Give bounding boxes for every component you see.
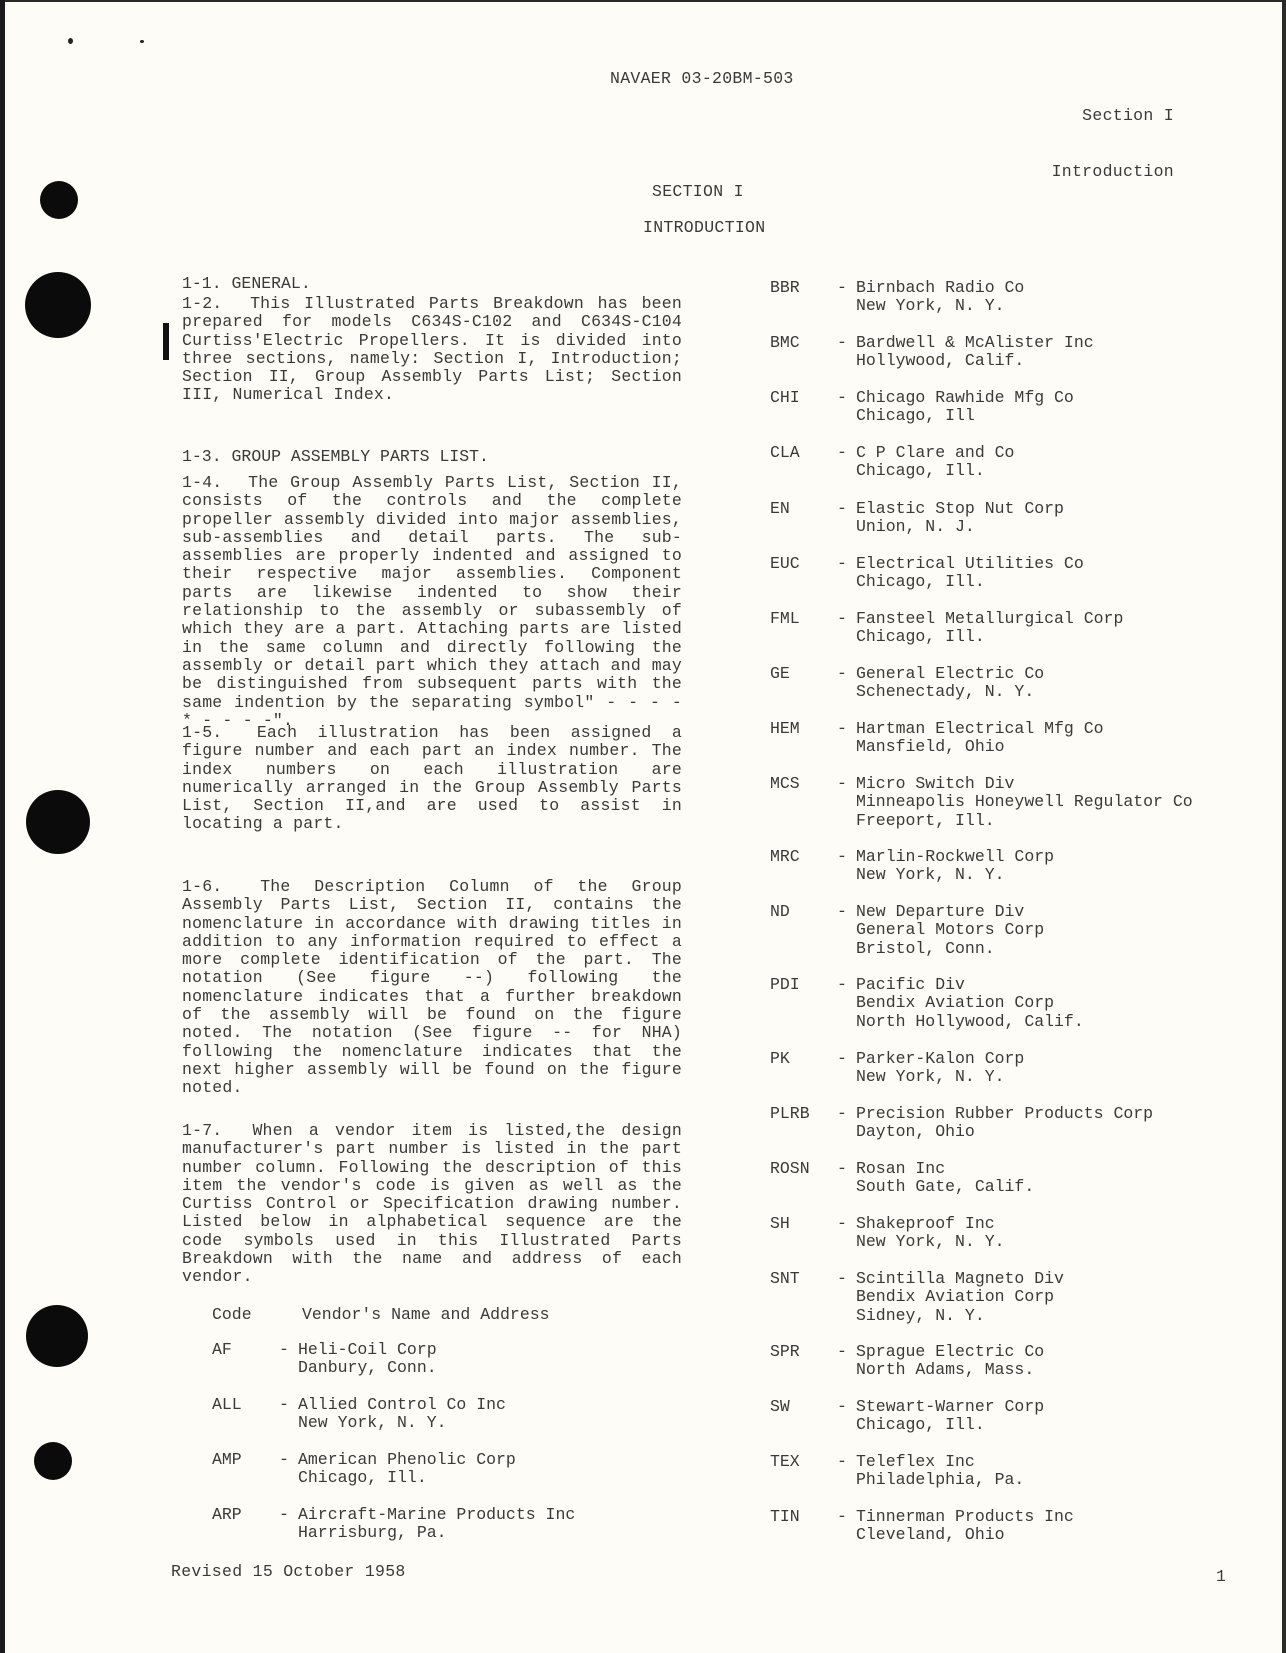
vendor-name: Sprague Electric Co	[856, 1343, 1044, 1361]
vendor-name: Teleflex Inc	[856, 1453, 1024, 1471]
paragraph: 1-2. This Illustrated Parts Breakdown ha…	[182, 295, 682, 405]
binder-hole-icon	[26, 1305, 88, 1367]
separator-dash: -	[837, 610, 847, 628]
paragraph: 1-6. The Description Column of the Group…	[182, 878, 682, 1098]
column-header-vendor: Vendor's Name and Address	[302, 1305, 550, 1324]
separator-dash: -	[837, 1508, 847, 1526]
vendor-name: Parker-Kalon Corp	[856, 1050, 1024, 1068]
vendor-name-address: General Electric CoSchenectady, N. Y.	[856, 665, 1044, 702]
vendor-name-address: Heli-Coil CorpDanbury, Conn.	[298, 1341, 437, 1378]
vendor-code: BBR	[770, 279, 800, 297]
vendor-address-line: North Adams, Mass.	[856, 1361, 1044, 1379]
section-subtitle: INTRODUCTION	[643, 219, 765, 238]
vendor-code: SPR	[770, 1343, 800, 1361]
vendor-name-address: Shakeproof IncNew York, N. Y.	[856, 1215, 1005, 1252]
vendor-name-address: Electrical Utilities CoChicago, Ill.	[856, 555, 1084, 592]
vendor-name: American Phenolic Corp	[298, 1451, 516, 1469]
vendor-name-address: Marlin-Rockwell CorpNew York, N. Y.	[856, 848, 1054, 885]
paragraph-text: GROUP ASSEMBLY PARTS LIST.	[232, 447, 489, 466]
vendor-address-line: Dayton, Ohio	[856, 1123, 1153, 1141]
vendor-name: Pacific Div	[856, 976, 1084, 994]
vendor-code: AF	[212, 1341, 232, 1359]
vendor-address-line: New York, N. Y.	[856, 1233, 1005, 1251]
vendor-name: Rosan Inc	[856, 1160, 1034, 1178]
vendor-name: Stewart-Warner Corp	[856, 1398, 1044, 1416]
vendor-code: ALL	[212, 1396, 242, 1414]
vendor-code: CLA	[770, 444, 800, 462]
vendor-address-line: Union, N. J.	[856, 518, 1064, 536]
separator-dash: -	[279, 1506, 289, 1524]
separator-dash: -	[837, 1270, 847, 1288]
paragraph-text: This Illustrated Parts Breakdown has bee…	[182, 294, 682, 404]
vendor-name-address: Precision Rubber Products CorpDayton, Oh…	[856, 1105, 1153, 1142]
paragraph: 1-5. Each illustration has been assigned…	[182, 724, 682, 834]
vendor-code: MRC	[770, 848, 800, 866]
vendor-address-line: New York, N. Y.	[856, 297, 1024, 315]
paragraph-text: The Description Column of the Group Asse…	[182, 877, 682, 1097]
paragraph-number: 1-1.	[182, 274, 222, 293]
vendor-address-line: Chicago, Ill.	[856, 1416, 1044, 1434]
vendor-name-address: Parker-Kalon CorpNew York, N. Y.	[856, 1050, 1024, 1087]
vendor-address-line: North Hollywood, Calif.	[856, 1013, 1084, 1031]
vendor-code: EUC	[770, 555, 800, 573]
vendor-name: Heli-Coil Corp	[298, 1341, 437, 1359]
paragraph-number: 1-7.	[182, 1121, 222, 1140]
vendor-code: PK	[770, 1050, 790, 1068]
vendor-code: HEM	[770, 720, 800, 738]
vendor-name-address: Micro Switch DivMinneapolis Honeywell Re…	[856, 775, 1193, 830]
separator-dash: -	[837, 555, 847, 573]
revision-date: Revised 15 October 1958	[171, 1563, 406, 1582]
separator-dash: -	[837, 444, 847, 462]
revision-change-bar	[163, 323, 169, 360]
vendor-name-address: Allied Control Co IncNew York, N. Y.	[298, 1396, 506, 1433]
separator-dash: -	[279, 1341, 289, 1359]
column-header-code: Code	[212, 1305, 302, 1324]
binder-hole-icon	[25, 272, 91, 338]
separator-dash: -	[837, 720, 847, 738]
vendor-code: SH	[770, 1215, 790, 1233]
separator-dash: -	[837, 1398, 847, 1416]
vendor-name-address: Aircraft-Marine Products IncHarrisburg, …	[298, 1506, 575, 1543]
vendor-name-address: Elastic Stop Nut CorpUnion, N. J.	[856, 500, 1064, 537]
separator-dash: -	[837, 1160, 847, 1178]
vendor-name-address: Chicago Rawhide Mfg CoChicago, Ill	[856, 389, 1074, 426]
vendor-address-line: Philadelphia, Pa.	[856, 1471, 1024, 1489]
section-name: Introduction	[1052, 163, 1174, 182]
vendor-address-line: Chicago, Ill	[856, 407, 1074, 425]
paragraph-text: Each illustration has been assigned a fi…	[182, 723, 682, 833]
separator-dash: -	[837, 903, 847, 921]
vendor-name: Allied Control Co Inc	[298, 1396, 506, 1414]
vendor-name: Birnbach Radio Co	[856, 279, 1024, 297]
binder-hole-icon	[26, 790, 90, 854]
separator-dash: -	[837, 665, 847, 683]
vendor-address-line: Bendix Aviation Corp	[856, 1288, 1064, 1306]
vendor-name: Aircraft-Marine Products Inc	[298, 1506, 575, 1524]
vendor-name-address: Scintilla Magneto DivBendix Aviation Cor…	[856, 1270, 1064, 1325]
ink-speck	[68, 38, 73, 44]
vendor-address-line: Freeport, Ill.	[856, 812, 1193, 830]
vendor-name: Tinnerman Products Inc	[856, 1508, 1074, 1526]
paragraph-heading: 1-1. GENERAL.	[182, 275, 682, 293]
document-number: NAVAER 03-20BM-503	[610, 70, 794, 89]
page-number: 1	[1216, 1568, 1226, 1587]
separator-dash: -	[279, 1451, 289, 1469]
vendor-name: New Departure Div	[856, 903, 1044, 921]
separator-dash: -	[837, 279, 847, 297]
vendor-address-line: Mansfield, Ohio	[856, 738, 1104, 756]
separator-dash: -	[279, 1396, 289, 1414]
separator-dash: -	[837, 1343, 847, 1361]
vendor-name: Elastic Stop Nut Corp	[856, 500, 1064, 518]
vendor-name: Hartman Electrical Mfg Co	[856, 720, 1104, 738]
separator-dash: -	[837, 775, 847, 793]
vendor-address-line: South Gate, Calif.	[856, 1178, 1034, 1196]
vendor-name-address: Teleflex IncPhiladelphia, Pa.	[856, 1453, 1024, 1490]
separator-dash: -	[837, 334, 847, 352]
paragraph-text: GENERAL.	[232, 274, 311, 293]
vendor-name: Marlin-Rockwell Corp	[856, 848, 1054, 866]
running-header: Section I Introduction	[1052, 70, 1174, 200]
vendor-code: ROSN	[770, 1160, 810, 1178]
vendor-code: CHI	[770, 389, 800, 407]
vendor-code: EN	[770, 500, 790, 518]
vendor-address-line: General Motors Corp	[856, 921, 1044, 939]
paragraph: 1-4. The Group Assembly Parts List, Sect…	[182, 474, 682, 730]
paragraph-number: 1-4.	[182, 473, 222, 492]
vendor-address-line: Minneapolis Honeywell Regulator Co	[856, 793, 1193, 811]
separator-dash: -	[837, 1105, 847, 1123]
vendor-name-address: C P Clare and CoChicago, Ill.	[856, 444, 1014, 481]
vendor-code: TEX	[770, 1453, 800, 1471]
vendor-name-address: Fansteel Metallurgical CorpChicago, Ill.	[856, 610, 1123, 647]
vendor-code: FML	[770, 610, 800, 628]
vendor-address-line: Chicago, Ill.	[298, 1469, 516, 1487]
separator-dash: -	[837, 976, 847, 994]
vendor-name: General Electric Co	[856, 665, 1044, 683]
vendor-name-address: Tinnerman Products IncCleveland, Ohio	[856, 1508, 1074, 1545]
vendor-name: Precision Rubber Products Corp	[856, 1105, 1153, 1123]
vendor-name-address: Bardwell & McAlister IncHollywood, Calif…	[856, 334, 1094, 371]
vendor-name-address: American Phenolic CorpChicago, Ill.	[298, 1451, 516, 1488]
vendor-code: SNT	[770, 1270, 800, 1288]
page-edge-right	[1282, 0, 1286, 1653]
vendor-address-line: Bendix Aviation Corp	[856, 994, 1084, 1012]
vendor-code: SW	[770, 1398, 790, 1416]
binder-hole-icon	[40, 181, 78, 219]
vendor-address-line: Schenectady, N. Y.	[856, 683, 1044, 701]
separator-dash: -	[837, 389, 847, 407]
separator-dash: -	[837, 1453, 847, 1471]
separator-dash: -	[837, 848, 847, 866]
vendor-name: Micro Switch Div	[856, 775, 1193, 793]
vendor-code: PDI	[770, 976, 800, 994]
vendor-name-address: Sprague Electric CoNorth Adams, Mass.	[856, 1343, 1044, 1380]
paragraph-text: The Group Assembly Parts List, Section I…	[182, 473, 682, 730]
vendor-name: C P Clare and Co	[856, 444, 1014, 462]
vendor-address-line: Sidney, N. Y.	[856, 1307, 1064, 1325]
vendor-name-address: Pacific DivBendix Aviation CorpNorth Hol…	[856, 976, 1084, 1031]
vendor-address-line: Harrisburg, Pa.	[298, 1524, 575, 1542]
vendor-address-line: New York, N. Y.	[298, 1414, 506, 1432]
vendor-name-address: Rosan IncSouth Gate, Calif.	[856, 1160, 1034, 1197]
binder-hole-icon	[34, 1442, 72, 1480]
vendor-code: TIN	[770, 1508, 800, 1526]
vendor-code: GE	[770, 665, 790, 683]
vendor-address-line: New York, N. Y.	[856, 1068, 1024, 1086]
page-edge-top	[0, 0, 1286, 2]
paragraph-number: 1-2.	[182, 294, 222, 313]
vendor-address-line: Hollywood, Calif.	[856, 352, 1094, 370]
vendor-name-address: Birnbach Radio CoNew York, N. Y.	[856, 279, 1024, 316]
paragraph-number: 1-5.	[182, 723, 222, 742]
vendor-code: ND	[770, 903, 790, 921]
vendor-address-line: New York, N. Y.	[856, 866, 1054, 884]
vendor-name: Electrical Utilities Co	[856, 555, 1084, 573]
section-label: Section I	[1052, 107, 1174, 126]
ink-speck	[140, 40, 144, 43]
vendor-code: AMP	[212, 1451, 242, 1469]
paragraph-number: 1-6.	[182, 877, 222, 896]
separator-dash: -	[837, 1215, 847, 1233]
vendor-name: Shakeproof Inc	[856, 1215, 1005, 1233]
vendor-name-address: Stewart-Warner CorpChicago, Ill.	[856, 1398, 1044, 1435]
page-edge-left	[0, 0, 5, 1653]
paragraph-number: 1-3.	[182, 447, 222, 466]
vendor-address-line: Chicago, Ill.	[856, 628, 1123, 646]
paragraph: 1-7. When a vendor item is listed,the de…	[182, 1122, 682, 1287]
paragraph-text: When a vendor item is listed,the design …	[182, 1121, 682, 1286]
vendor-name: Chicago Rawhide Mfg Co	[856, 389, 1074, 407]
vendor-name: Scintilla Magneto Div	[856, 1270, 1064, 1288]
vendor-address-line: Danbury, Conn.	[298, 1359, 437, 1377]
vendor-code: BMC	[770, 334, 800, 352]
separator-dash: -	[837, 500, 847, 518]
vendor-address-line: Chicago, Ill.	[856, 573, 1084, 591]
vendor-address-line: Chicago, Ill.	[856, 462, 1014, 480]
vendor-table-header: CodeVendor's Name and Address	[212, 1305, 550, 1324]
vendor-code: MCS	[770, 775, 800, 793]
vendor-name-address: New Departure DivGeneral Motors CorpBris…	[856, 903, 1044, 958]
vendor-code: PLRB	[770, 1105, 810, 1123]
vendor-name: Bardwell & McAlister Inc	[856, 334, 1094, 352]
vendor-address-line: Cleveland, Ohio	[856, 1526, 1074, 1544]
vendor-code: ARP	[212, 1506, 242, 1524]
vendor-name: Fansteel Metallurgical Corp	[856, 610, 1123, 628]
section-title: SECTION I	[652, 183, 744, 202]
vendor-name-address: Hartman Electrical Mfg CoMansfield, Ohio	[856, 720, 1104, 757]
vendor-address-line: Bristol, Conn.	[856, 940, 1044, 958]
separator-dash: -	[837, 1050, 847, 1068]
paragraph-heading: 1-3. GROUP ASSEMBLY PARTS LIST.	[182, 448, 682, 466]
